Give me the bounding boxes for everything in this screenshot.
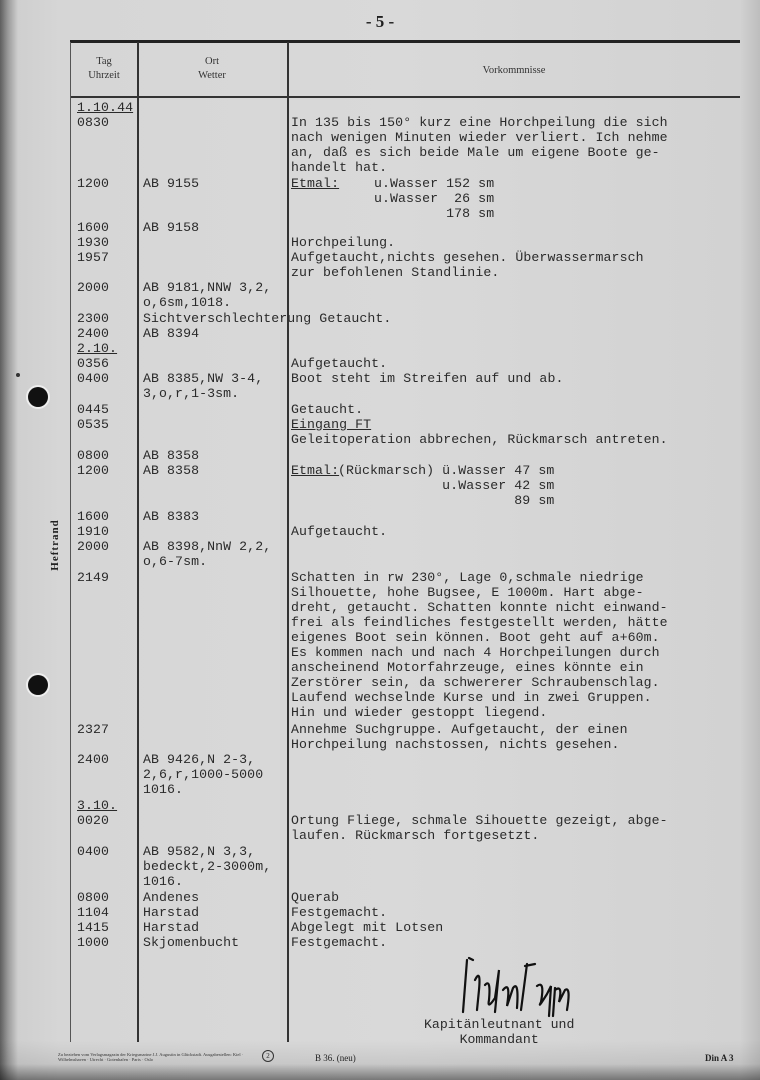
log-event-heading: Eingang FT [291, 417, 371, 432]
header-events: Vorkommnisse [289, 64, 739, 78]
log-event-text: Getaucht. [291, 402, 363, 417]
log-event-text: Schatten in rw 230°, Lage 0,schmale nied… [291, 570, 668, 720]
log-time: 2327 [77, 722, 109, 737]
log-time: 0830 [77, 115, 109, 130]
log-event-text: Boot steht im Streifen auf und ab. [291, 371, 563, 386]
log-event-text: Horchpeilung. [291, 235, 395, 250]
log-place-weather: AB 9158 [143, 220, 199, 235]
margin-label: Heftrand [49, 519, 61, 570]
column-divider [137, 42, 139, 1042]
log-time: 2300 [77, 311, 109, 326]
log-place-weather: AB 8394 [143, 326, 199, 341]
log-event-text: In 135 bis 150° kurz eine Horchpeilung d… [291, 115, 668, 175]
log-date: 2.10. [77, 341, 117, 356]
footer-form-number: B 36. (neu) [315, 1053, 356, 1063]
log-time: 2400 [77, 326, 109, 341]
log-time: 0400 [77, 371, 109, 386]
footer-paper-size: Din A 3 [705, 1053, 734, 1063]
log-place-weather: Sichtverschlechterung Getaucht. [143, 311, 391, 326]
log-event-text: Aufgetaucht,nichts gesehen. Überwasserma… [291, 250, 644, 280]
log-time: 0020 [77, 813, 109, 828]
footer-publisher-note: Zu beziehen vom Verlagsmagazin der Krieg… [58, 1052, 258, 1062]
log-event-text: Querab [291, 890, 339, 905]
log-time: 1600 [77, 509, 109, 524]
etmal-distance-summary: u.Wasser 152 sm u.Wasser 26 sm 178 sm [374, 176, 494, 221]
document-page: Heftrand - 5 - TagUhrzeit OrtWetter Vork… [0, 0, 760, 1080]
log-time: 2149 [77, 570, 109, 585]
log-time: 0445 [77, 402, 109, 417]
table-top-rule [70, 40, 740, 43]
log-event-text: Ortung Fliege, schmale Sihouette gezeigt… [291, 813, 668, 843]
log-event-text: Aufgetaucht. [291, 524, 387, 539]
log-place-weather: Andenes [143, 890, 199, 905]
table-header-rule [70, 96, 740, 98]
log-time: 1600 [77, 220, 109, 235]
punch-hole [28, 675, 48, 695]
column-divider [287, 42, 289, 1042]
signature-rank: Kapitänleutnant und Kommandant [424, 1017, 574, 1047]
log-place-weather: AB 8385,NW 3-4, 3,o,r,1-3sm. [143, 371, 263, 401]
log-event-text: Aufgetaucht. [291, 356, 387, 371]
log-time: 1415 [77, 920, 109, 935]
log-date: 3.10. [77, 798, 117, 813]
log-place-weather: AB 8383 [143, 509, 199, 524]
log-time: 0800 [77, 890, 109, 905]
log-time: 2400 [77, 752, 109, 767]
handwritten-signature [455, 950, 585, 1020]
log-place-weather: AB 8358 [143, 448, 199, 463]
log-time: 2000 [77, 280, 109, 295]
log-place-weather: Harstad [143, 905, 199, 920]
etmal-label: Etmal: [291, 176, 339, 191]
log-place-weather: AB 8398,NnW 2,2, o,6-7sm. [143, 539, 271, 569]
log-time: 0535 [77, 417, 109, 432]
etmal-distance-summary: (Rückmarsch) ü.Wasser 47 sm u.Wasser 42 … [338, 463, 554, 508]
log-time: 2000 [77, 539, 109, 554]
log-event-text: Festgemacht. [291, 905, 387, 920]
log-place-weather: Skjomenbucht [143, 935, 239, 950]
header-place-weather: OrtWetter [139, 55, 285, 83]
footer-circle-mark: 2 [262, 1050, 274, 1062]
log-event-text: Geleitoperation abbrechen, Rückmarsch an… [291, 432, 668, 447]
log-place-weather: AB 9181,NNW 3,2, o,6sm,1018. [143, 280, 271, 310]
etmal-label: Etmal: [291, 463, 339, 478]
log-time: 1000 [77, 935, 109, 950]
punch-hole [28, 387, 48, 407]
log-place-weather: AB 8358 [143, 463, 199, 478]
log-place-weather: AB 9426,N 2-3, 2,6,r,1000-5000 1016. [143, 752, 263, 797]
log-time: 1104 [77, 905, 109, 920]
log-date: 1.10.44 [77, 100, 133, 115]
log-time: 0400 [77, 844, 109, 859]
column-divider [70, 42, 71, 1042]
log-time: 1910 [77, 524, 109, 539]
log-time: 1930 [77, 235, 109, 250]
header-day-time: TagUhrzeit [72, 55, 136, 83]
log-time: 1200 [77, 463, 109, 478]
log-event-text: Annehme Suchgruppe. Aufgetaucht, der ein… [291, 722, 628, 752]
page-number: - 5 - [0, 12, 760, 32]
log-place-weather: Harstad [143, 920, 199, 935]
log-event-text: Abgelegt mit Lotsen [291, 920, 443, 935]
log-time: 1957 [77, 250, 109, 265]
speck [16, 373, 20, 377]
log-event-text: Festgemacht. [291, 935, 387, 950]
log-time: 1200 [77, 176, 109, 191]
log-time: 0800 [77, 448, 109, 463]
log-place-weather: AB 9155 [143, 176, 199, 191]
log-time: 0356 [77, 356, 109, 371]
log-place-weather: AB 9582,N 3,3, bedeckt,2-3000m, 1016. [143, 844, 271, 889]
